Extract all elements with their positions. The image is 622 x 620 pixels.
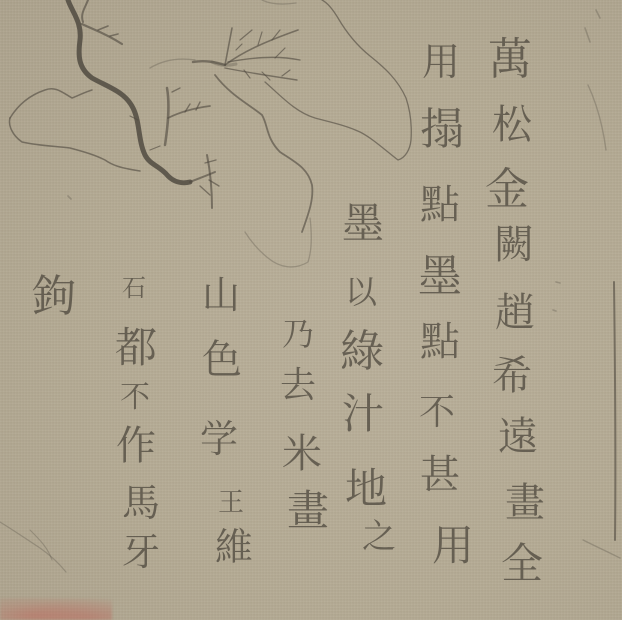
inscription-char: 闕 [494,225,534,265]
inscription-char: 畫 [287,490,329,532]
inscription-char: 馬 [122,484,160,522]
inscription-char: 搨 [420,108,464,152]
inscription-char: 綠 [340,330,384,374]
inscription-char: 用 [422,43,460,81]
inscription-char: 汁 [342,393,384,435]
inscription-char: 王 [218,490,244,516]
inscription-char: 松 [492,105,532,145]
inscription-char: 去 [280,368,316,404]
inscription-char: 乃 [282,318,314,350]
inscription-char: 用 [432,525,474,567]
inscription-char: 畫 [505,483,545,523]
inscription-char: 維 [215,528,253,566]
inscription-char: 全 [501,543,543,585]
inscription-char: 米 [282,434,322,474]
tree-left [68,0,219,208]
inscription-char: 以 [345,276,377,308]
inscription-char: 都 [115,327,157,369]
inscription-char: 遠 [498,417,538,457]
inscription-char: 趙 [495,293,535,333]
painting-canvas: 萬 松 金 闕 趙 希 遠 畫 全 用 搨 點 墨 點 不 甚 用 墨 以 綠 … [0,0,622,620]
inscription-char: 不 [120,383,150,413]
inscription-char: 萬 [488,38,532,82]
inscription-char: 地 [345,468,387,510]
inscription-char-annotation: 石 [122,276,146,300]
red-seal [0,598,112,620]
tree-right [193,28,300,80]
inscription-char: 之 [362,520,396,554]
inscription-char: 色 [202,340,242,380]
inscription-char: 金 [485,168,529,212]
inscription-char: 山 [202,276,240,314]
inscription-char: 牙 [122,533,160,571]
inscription-char: 学 [200,420,238,458]
inscription-char: 不 [419,395,455,431]
inscription-char: 點 [420,185,460,225]
inscription-char: 墨 [342,203,384,245]
inscription-char: 希 [492,356,532,396]
inscription-char: 墨 [418,255,462,299]
inscription-char: 作 [116,426,156,466]
inscription-char: 甚 [420,455,460,495]
inscription-char: 鉤 [32,275,76,319]
inscription-char: 點 [420,322,460,362]
